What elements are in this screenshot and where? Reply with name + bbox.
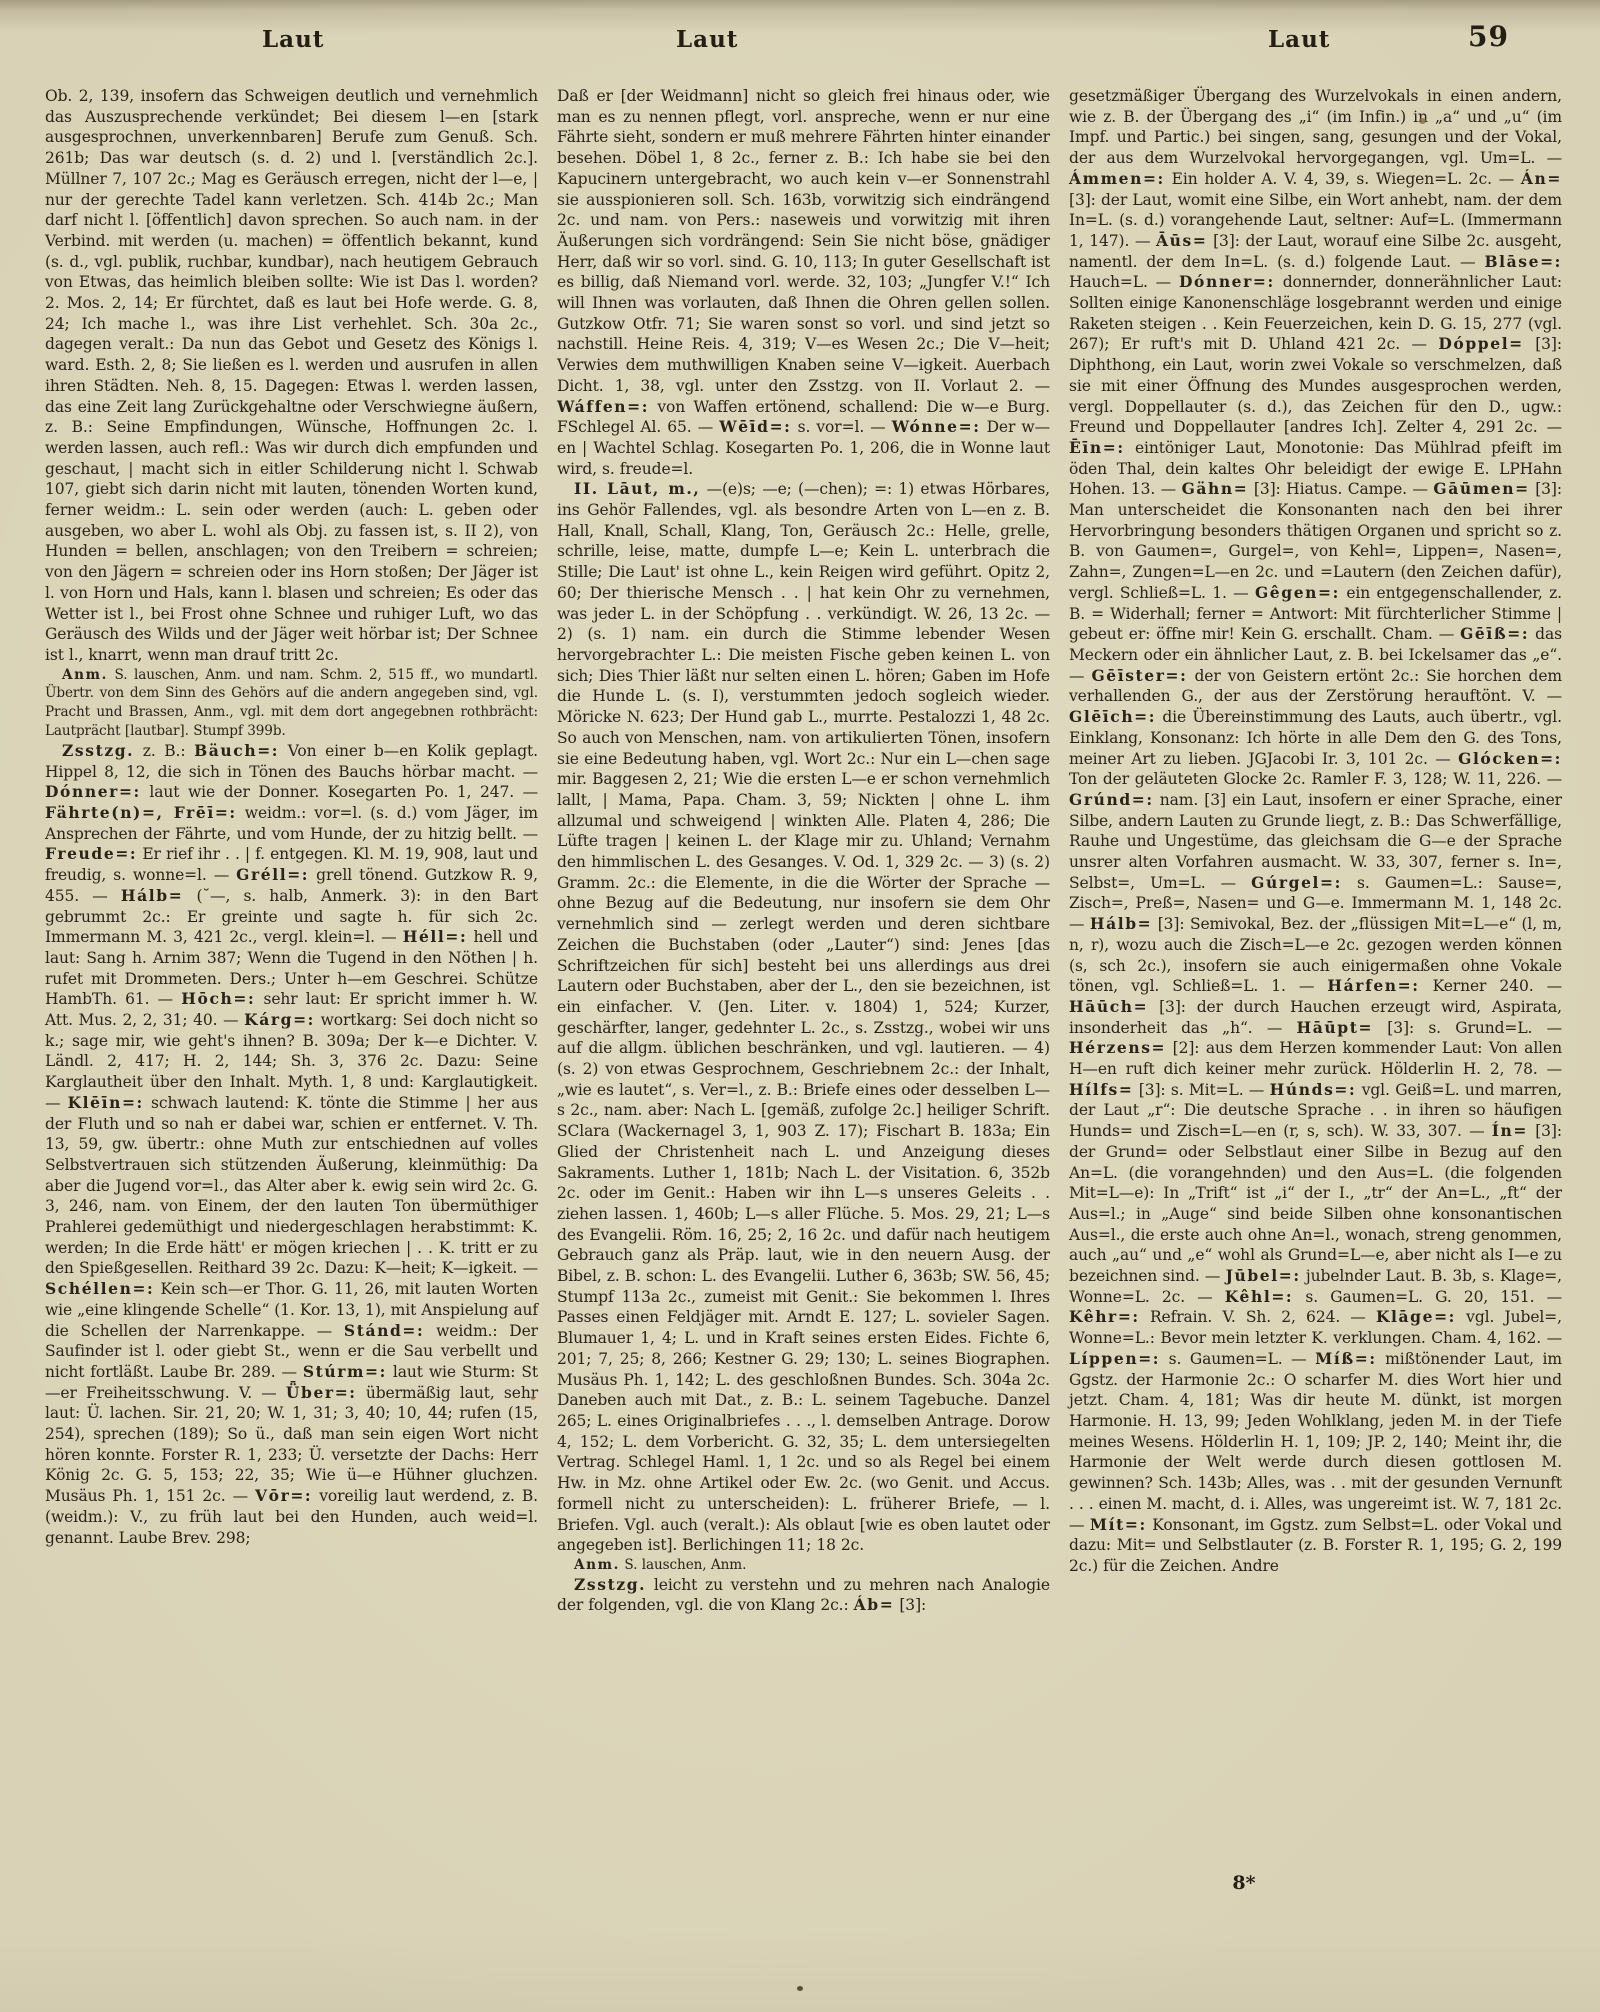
- text-run: Kerner 240. —: [1420, 977, 1562, 995]
- headword: Gähn=: [1182, 479, 1249, 498]
- paragraph: II. Lāut, m., —(e)s; —e; (—chen); =: 1) …: [557, 479, 1050, 1556]
- text-run: s. Gaumen=L. —: [1160, 1350, 1315, 1368]
- headword: Ámmen=:: [1069, 169, 1165, 188]
- headword: Dónner=:: [1179, 272, 1275, 291]
- headword: Gréll=:: [236, 865, 309, 884]
- headword: Wáffen=:: [557, 397, 649, 416]
- text-run: Ob. 2, 139, insofern das Schweigen deutl…: [45, 87, 538, 664]
- text-run: S. lauschen, Anm. und nam. Schm. 2, 515 …: [45, 667, 538, 739]
- headword: Fährte(n)=, Frēī=:: [45, 803, 237, 822]
- headword: Gēīß=:: [1460, 624, 1529, 643]
- headword: Anm.: [574, 1557, 620, 1573]
- headword: Hérzens=: [1069, 1038, 1166, 1057]
- headword: Dóppel=: [1438, 334, 1523, 353]
- headword: Hílfs=: [1069, 1080, 1133, 1099]
- headword: Stúrm=:: [303, 1362, 387, 1381]
- headword: Ǖber=:: [286, 1383, 357, 1402]
- headword: Āūs=: [1156, 231, 1207, 250]
- text-run: Refrain. V. Sh. 2, 624. —: [1140, 1308, 1376, 1326]
- signature-mark: 8*: [1214, 1872, 1274, 1894]
- ink-speck: [531, 1396, 535, 1400]
- headword: Áb=: [854, 1595, 895, 1614]
- headword: Zsstzg.: [62, 741, 134, 760]
- headword: Gêgen=:: [1255, 583, 1340, 602]
- text-run: laut wie der Donner. Kosegarten Po. 1, 2…: [141, 783, 538, 801]
- ink-speck: [797, 1986, 803, 1991]
- dictionary-page: Laut Laut Laut 59 Ob. 2, 139, insofern d…: [0, 0, 1600, 2012]
- text-run: [3]:: [894, 1596, 926, 1614]
- headword: Klēīn=:: [68, 1093, 144, 1112]
- headword: Míß=:: [1315, 1349, 1377, 1368]
- headword: Hárfen=:: [1327, 976, 1419, 995]
- headword: Bäuch=:: [194, 741, 279, 760]
- headword: Mít=:: [1090, 1515, 1147, 1534]
- headword: Kêhl=:: [1225, 1287, 1293, 1306]
- headword: Wónne=:: [892, 417, 981, 436]
- text-run: [3]: der Grund= oder Selbstlaut einer Si…: [1069, 1122, 1562, 1285]
- text-run: Ein holder A. V. 4, 39, s. Wiegen=L. 2c.…: [1165, 170, 1521, 188]
- headword: Gēīster=:: [1091, 666, 1187, 685]
- text-run: [3]: Hiatus. Campe. —: [1248, 480, 1433, 498]
- text-run: s. Gaumen=L. G. 20, 151. —: [1293, 1288, 1562, 1306]
- headword: Zsstzg.: [574, 1575, 646, 1594]
- page-number: 59: [1468, 20, 1509, 53]
- headword: Schéllen=:: [45, 1279, 154, 1298]
- text-run: [3]: s. Mit=L. —: [1133, 1081, 1269, 1099]
- headword: Kárg=:: [244, 1010, 315, 1029]
- headword: Líppen=:: [1069, 1349, 1160, 1368]
- text-run: [3]: s. Grund=L. —: [1373, 1019, 1562, 1037]
- headword: Glócken=:: [1458, 749, 1562, 768]
- headword: Stánd=:: [344, 1321, 424, 1340]
- paragraph: Anm. S. lauschen, Anm. und nam. Schm. 2,…: [45, 666, 538, 741]
- headword: Dónner=:: [45, 782, 141, 801]
- paragraph: Zsstzg. leicht zu verstehn und zu mehren…: [557, 1575, 1050, 1616]
- headword: II. Lāut, m.,: [574, 479, 700, 498]
- headword: Gāūmen=: [1433, 479, 1529, 498]
- headword: Blāse=:: [1484, 252, 1562, 271]
- headword: Án=: [1521, 169, 1562, 188]
- text-run: Hauch=L. —: [1069, 273, 1179, 291]
- headword: Hāūpt=: [1297, 1018, 1374, 1037]
- headword: Gúrgel=:: [1251, 873, 1342, 892]
- headword: Ēīn=:: [1069, 438, 1125, 457]
- headword: Grúnd=:: [1069, 790, 1154, 809]
- headword: Hāūch=: [1069, 997, 1148, 1016]
- text-run: z. B.:: [134, 742, 194, 760]
- headword: Héll=:: [403, 927, 468, 946]
- headword: Klāge=:: [1376, 1307, 1456, 1326]
- text-column-3: gesetzmäßiger Übergang des Wurzelvokals …: [1069, 86, 1562, 1577]
- running-title-right: Laut: [1268, 26, 1330, 53]
- paragraph: Daß er [der Weidmann] nicht so gleich fr…: [557, 86, 1050, 479]
- running-title-left: Laut: [262, 26, 324, 53]
- paragraph: Anm. S. lauschen, Anm.: [557, 1556, 1050, 1575]
- headword: Wēīd=:: [719, 417, 791, 436]
- text-run: schwach lautend: K. tönte die Stimme | h…: [45, 1094, 538, 1278]
- text-column-1: Ob. 2, 139, insofern das Schweigen deutl…: [45, 86, 538, 1548]
- headword: Húnds=:: [1270, 1080, 1357, 1099]
- text-run: mißtönender Laut, im Ggstz. der Harmonie…: [1069, 1350, 1562, 1534]
- headword: Anm.: [62, 667, 108, 683]
- headword: Hálb=: [121, 886, 183, 905]
- headword: Vōr=:: [255, 1486, 312, 1505]
- text-run: gesetzmäßiger Übergang des Wurzelvokals …: [1069, 87, 1562, 167]
- headword: Hōch=:: [181, 989, 255, 1008]
- headword: Jūbel=:: [1226, 1266, 1301, 1285]
- paragraph: gesetzmäßiger Übergang des Wurzelvokals …: [1069, 86, 1562, 1577]
- text-run: S. lauschen, Anm.: [620, 1557, 746, 1573]
- running-title-center: Laut: [676, 26, 738, 53]
- text-column-2: Daß er [der Weidmann] nicht so gleich fr…: [557, 86, 1050, 1616]
- paragraph: Ob. 2, 139, insofern das Schweigen deutl…: [45, 86, 538, 666]
- text-run: Ton der geläuteten Glocke 2c. Ramler F. …: [1069, 770, 1562, 788]
- paragraph: Zsstzg. z. B.: Bäuch=: Von einer b—en Ko…: [45, 741, 538, 1548]
- text-run: s. vor=l. —: [792, 418, 892, 436]
- headword: Ín=: [1492, 1121, 1528, 1140]
- headword: Hálb=: [1090, 914, 1152, 933]
- headword: Kêhr=:: [1069, 1307, 1140, 1326]
- ink-speck: [1419, 118, 1426, 124]
- headword: Glēīch=:: [1069, 707, 1156, 726]
- headword: Freude=:: [45, 844, 137, 863]
- text-run: Daß er [der Weidmann] nicht so gleich fr…: [557, 87, 1050, 395]
- text-run: —(e)s; —e; (—chen); =: 1) etwas Hörbares…: [557, 480, 1050, 1554]
